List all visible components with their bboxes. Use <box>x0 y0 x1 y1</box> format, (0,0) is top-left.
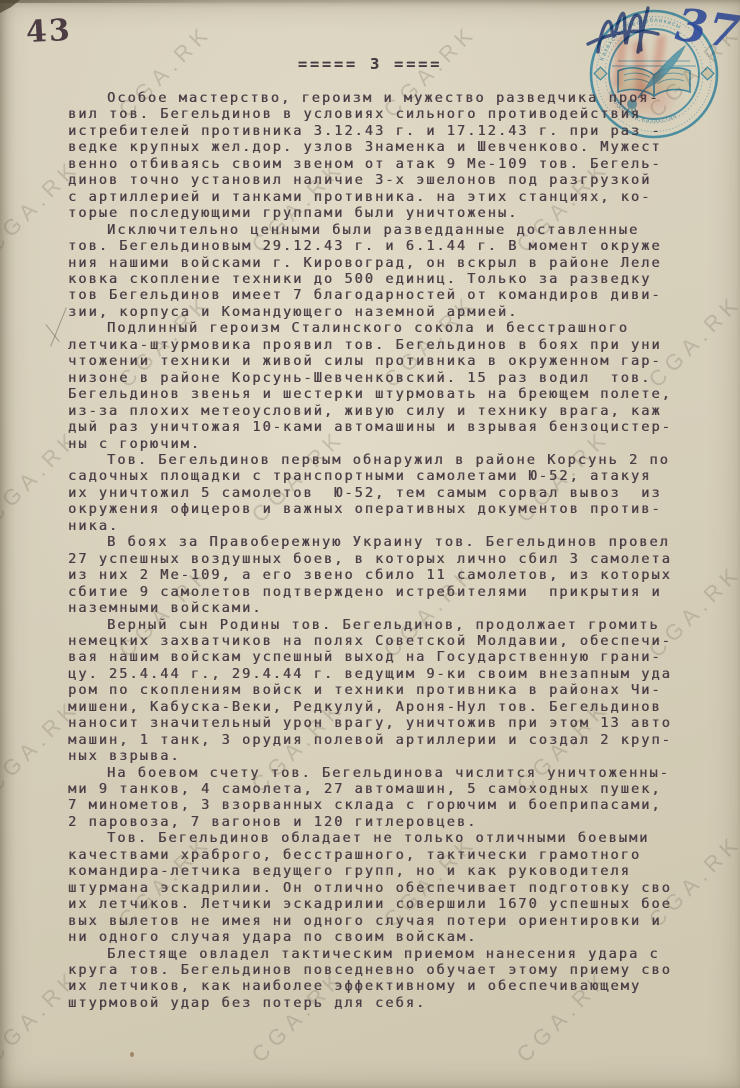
paragraph: На боевом счету тов. Бегельдинова числит… <box>68 765 728 831</box>
text-line: зии, корпуса и Командующего наземной арм… <box>68 304 728 320</box>
text-line: Блестяще овладел тактическим приемом нан… <box>68 946 728 962</box>
paragraph: Тов. Бегельдинов обладает не только отли… <box>68 830 728 945</box>
text-line: сбитие 9 самолетов подтверждено истребит… <box>68 584 728 600</box>
paragraph: Особое мастерство, героизм и мужество ра… <box>68 90 728 222</box>
text-line: ведке крупных жел.дор. узлов Знаменка и … <box>68 139 728 155</box>
document-body: Особое мастерство, героизм и мужество ра… <box>68 90 728 1011</box>
text-line: чтожении техники и живой силы противника… <box>68 353 728 369</box>
paper-speck <box>130 1052 134 1057</box>
text-line: Особое мастерство, героизм и мужество ра… <box>68 90 728 106</box>
text-line: командира-летчика ведущего групп, но и к… <box>68 863 728 879</box>
text-line: ния нашими войсками г. Кировоград, он вс… <box>68 255 728 271</box>
text-line: штурмовой удар без потерь для себя. <box>68 995 728 1011</box>
text-line: их летчиков. Летчики эскадрилии совершил… <box>68 896 728 912</box>
paragraph: Исключительно ценными были разведданные … <box>68 222 728 321</box>
text-line: ны с горючим. <box>68 436 728 452</box>
text-line: летчика-штурмовика проявил тов. Бегельди… <box>68 337 728 353</box>
text-line: ром по скоплениям войск и техники против… <box>68 682 728 698</box>
paragraph: Верный сын Родины тов. Бегельдинов, прод… <box>68 617 728 765</box>
text-line: машин, 1 танк, 3 орудия полевой артиллер… <box>68 732 728 748</box>
text-line: немецких захватчиков на полях Советской … <box>68 633 728 649</box>
paragraph: Подлинный героизм Сталинского сокола и б… <box>68 320 728 452</box>
text-line: ных взрыва. <box>68 748 728 764</box>
text-line: цу. 25.4.44 г., 29.4.44 г. ведущим 9-ки … <box>68 666 728 682</box>
text-line: тов. Бегельдиновым 29.12.43 г. и 6.1.44 … <box>68 238 728 254</box>
text-line: 2 паровоза, 7 вагонов и 120 гитлеровцев. <box>68 814 728 830</box>
text-line: На боевом счету тов. Бегельдинова числит… <box>68 765 728 781</box>
text-line: 7 минометов, 3 взорванных склада с горюч… <box>68 797 728 813</box>
text-line: ника. <box>68 518 728 534</box>
handwritten-page-number: 43 <box>25 13 73 50</box>
scan-corner-mark <box>0 0 20 13</box>
text-line: динов точно установил наличие 3-х эшелон… <box>68 172 728 188</box>
handwritten-folio-number: 37 <box>673 0 740 59</box>
text-line: окружения офицеров и важных оперативных … <box>68 501 728 517</box>
text-line: их уничтожил 5 самолетов Ю-52, тем самым… <box>68 485 728 501</box>
paragraph: Тов. Бегельдинов первым обнаружил в райо… <box>68 452 728 534</box>
text-line: их летчиков, как наиболее эффективному и… <box>68 978 728 994</box>
text-line: Верный сын Родины тов. Бегельдинов, прод… <box>68 617 728 633</box>
text-line: Подлинный героизм Сталинского сокола и б… <box>68 320 728 336</box>
text-line: венно отбиваясь своим звеном от атак 9 М… <box>68 156 728 172</box>
text-line: Бегельдинов звенья и шестерки штурмовать… <box>68 386 728 402</box>
text-line: Тов. Бегельдинов обладает не только отли… <box>68 830 728 846</box>
text-line: мишени, Кабуска-Веки, Редкулуй, Ароня-Ну… <box>68 699 728 715</box>
text-line: наносит значительный урон врагу, уничтож… <box>68 715 728 731</box>
scanned-document-page: CGA.RKCGA.RKCGA.RKCGA.RKCGA.RKCGA.RKCGA.… <box>0 0 740 1088</box>
text-line: ковка скопление техники до 500 единиц. Т… <box>68 271 728 287</box>
text-line: торые последующими группами были уничтож… <box>68 205 728 221</box>
text-line: круга тов. Бегельдинов повседневно обуча… <box>68 962 728 978</box>
text-line: садочных площадки с транспортными самоле… <box>68 468 728 484</box>
text-line: истребителей противника 3.12.43 г. и 17.… <box>68 123 728 139</box>
text-line: Исключительно ценными были разведданные … <box>68 222 728 238</box>
text-line: ми 9 танков, 4 самолета, 27 автомашин, 5… <box>68 781 728 797</box>
text-line: штурмана эскадрилии. Он отлично обеспечи… <box>68 880 728 896</box>
text-line: вил тов. Бегельдинов в условиях сильного… <box>68 106 728 122</box>
text-line: вых вылетов не имея ни одного случая пот… <box>68 913 728 929</box>
text-line: из-за плохих метеоусловий, живую силу и … <box>68 403 728 419</box>
text-line: дый раз уничтожая 10-ками автомашины и в… <box>68 419 728 435</box>
text-line: 27 успешных воздушных боев, в которых ли… <box>68 551 728 567</box>
text-line: ни одного случая удара по своим войскам. <box>68 929 728 945</box>
text-line: из них 2 Ме-109, а его звено сбило 11 са… <box>68 567 728 583</box>
text-line: наземными войсками. <box>68 600 728 616</box>
text-line: тов Бегельдинов имеет 7 благодарностей о… <box>68 287 728 303</box>
paragraph: В боях за Правобережную Украину тов. Бег… <box>68 534 728 616</box>
text-line: вая нашим войскам успешный выход на Госу… <box>68 649 728 665</box>
text-line: Тов. Бегельдинов первым обнаружил в райо… <box>68 452 728 468</box>
text-line: качествами храброго, бесстрашного, такти… <box>68 847 728 863</box>
text-line: низоне в районе Корсунь-Шевченковский. 1… <box>68 370 728 386</box>
text-line: В боях за Правобережную Украину тов. Бег… <box>68 534 728 550</box>
paragraph: Блестяще овладел тактическим приемом нан… <box>68 946 728 1012</box>
text-line: с артиллерией и танками противника. на э… <box>68 189 728 205</box>
